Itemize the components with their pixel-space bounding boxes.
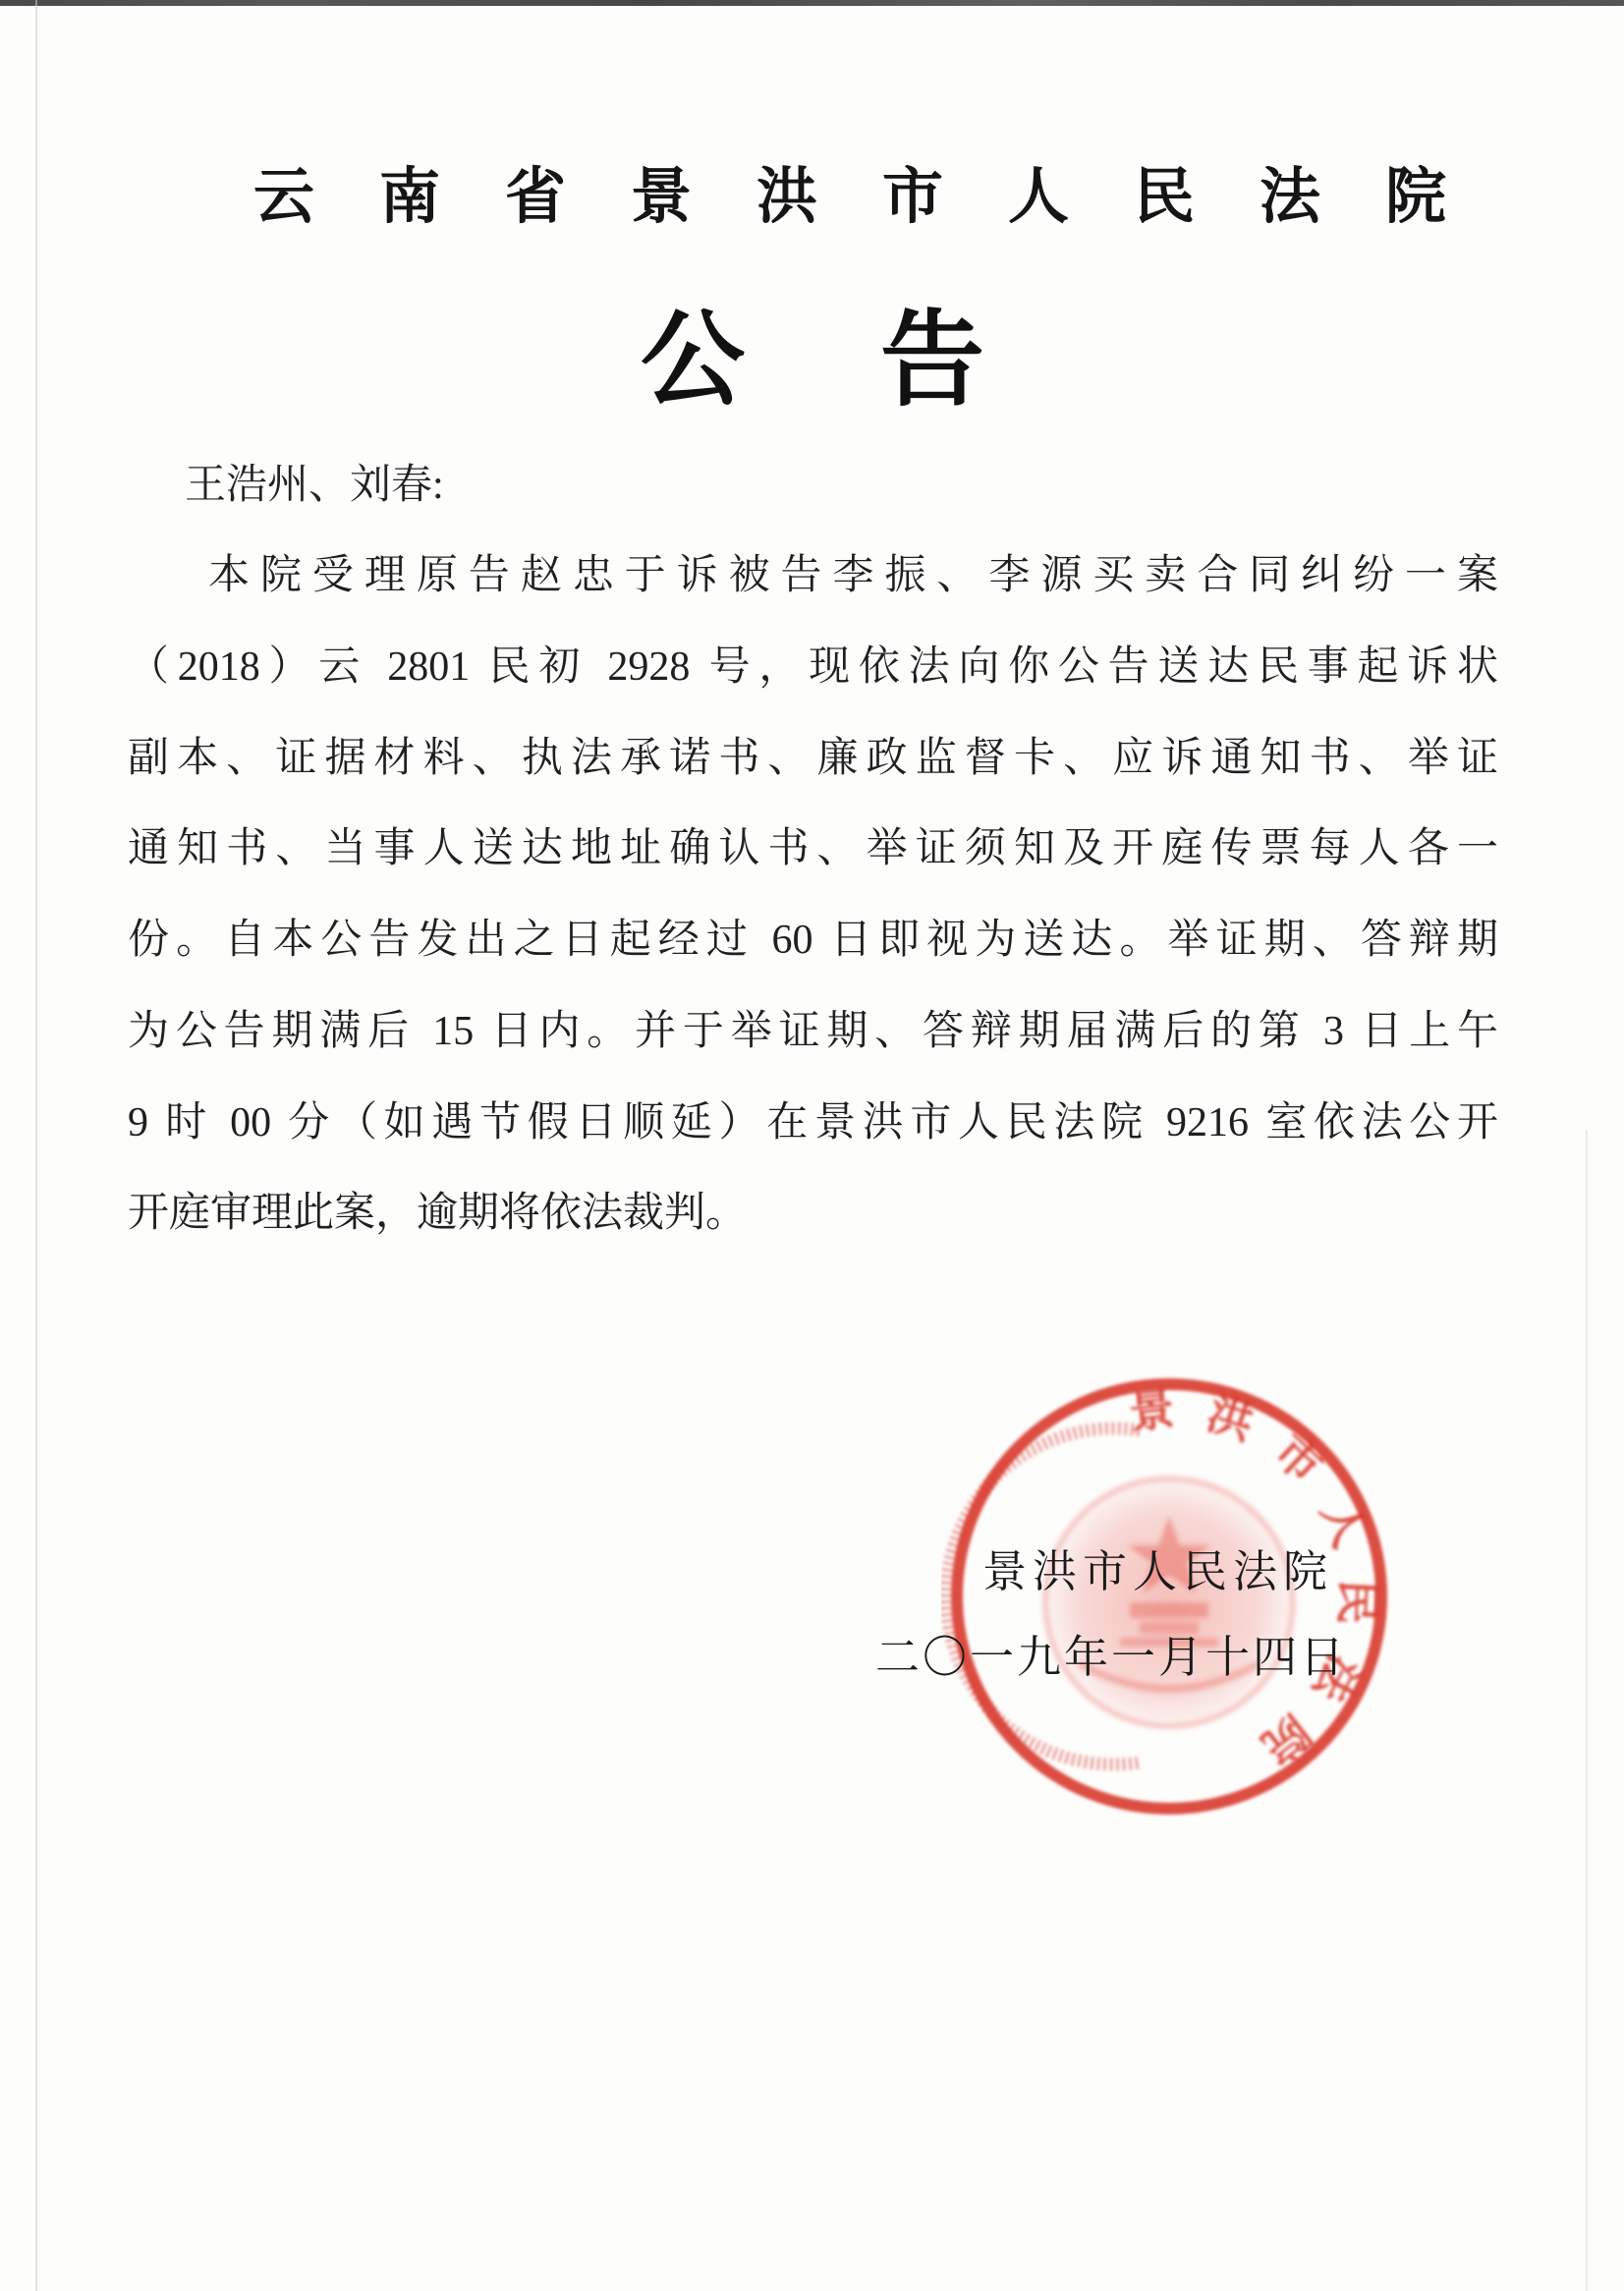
scan-edge-top bbox=[0, 0, 1624, 6]
body-line: 为公告期满后 15 日内。并于举证期、答辩期届满后的第 3 日上午 bbox=[128, 1011, 1498, 1052]
body-line: 开庭审理此案，逾期将依法裁判。 bbox=[128, 1193, 1012, 1234]
issue-date: 二〇一九年一月十四日 bbox=[875, 1621, 1347, 1685]
scan-edge-left bbox=[35, 0, 37, 2291]
addressees: 王浩州、刘春: bbox=[185, 452, 444, 511]
seal-emblem bbox=[1043, 1477, 1295, 1728]
body-line: 份。自本公告发出之日起经过 60 日即视为送达。举证期、答辩期 bbox=[128, 920, 1498, 961]
court-title: 云南省景洪市人民法院 bbox=[253, 147, 1511, 235]
body-line: 本院受理原告赵忠于诉被告李振、李源买卖合同纠纷一案 bbox=[208, 555, 1498, 596]
court-announcement-page: 云南省景洪市人民法院 公告 王浩州、刘春: 本院受理原告赵忠于诉被告李振、李源买… bbox=[0, 0, 1624, 2291]
issuer-signature: 景洪市人民法院 bbox=[982, 1536, 1333, 1599]
body-line: 通知书、当事人送达地址确认书、举证须知及开庭传票每人各一 bbox=[128, 828, 1498, 869]
body-line: 副本、证据材料、执法承诺书、廉政监督卡、应诉通知书、举证 bbox=[128, 738, 1498, 779]
document-title: 公告 bbox=[641, 277, 1120, 426]
body-line: 9 时 00 分（如遇节假日顺延）在景洪市人民法院 9216 室依法公开 bbox=[128, 1102, 1498, 1144]
scan-edge-right bbox=[1586, 1130, 1588, 2291]
body-line: （2018）云 2801 民初 2928 号，现依法向你公告送达民事起诉状 bbox=[128, 646, 1498, 688]
